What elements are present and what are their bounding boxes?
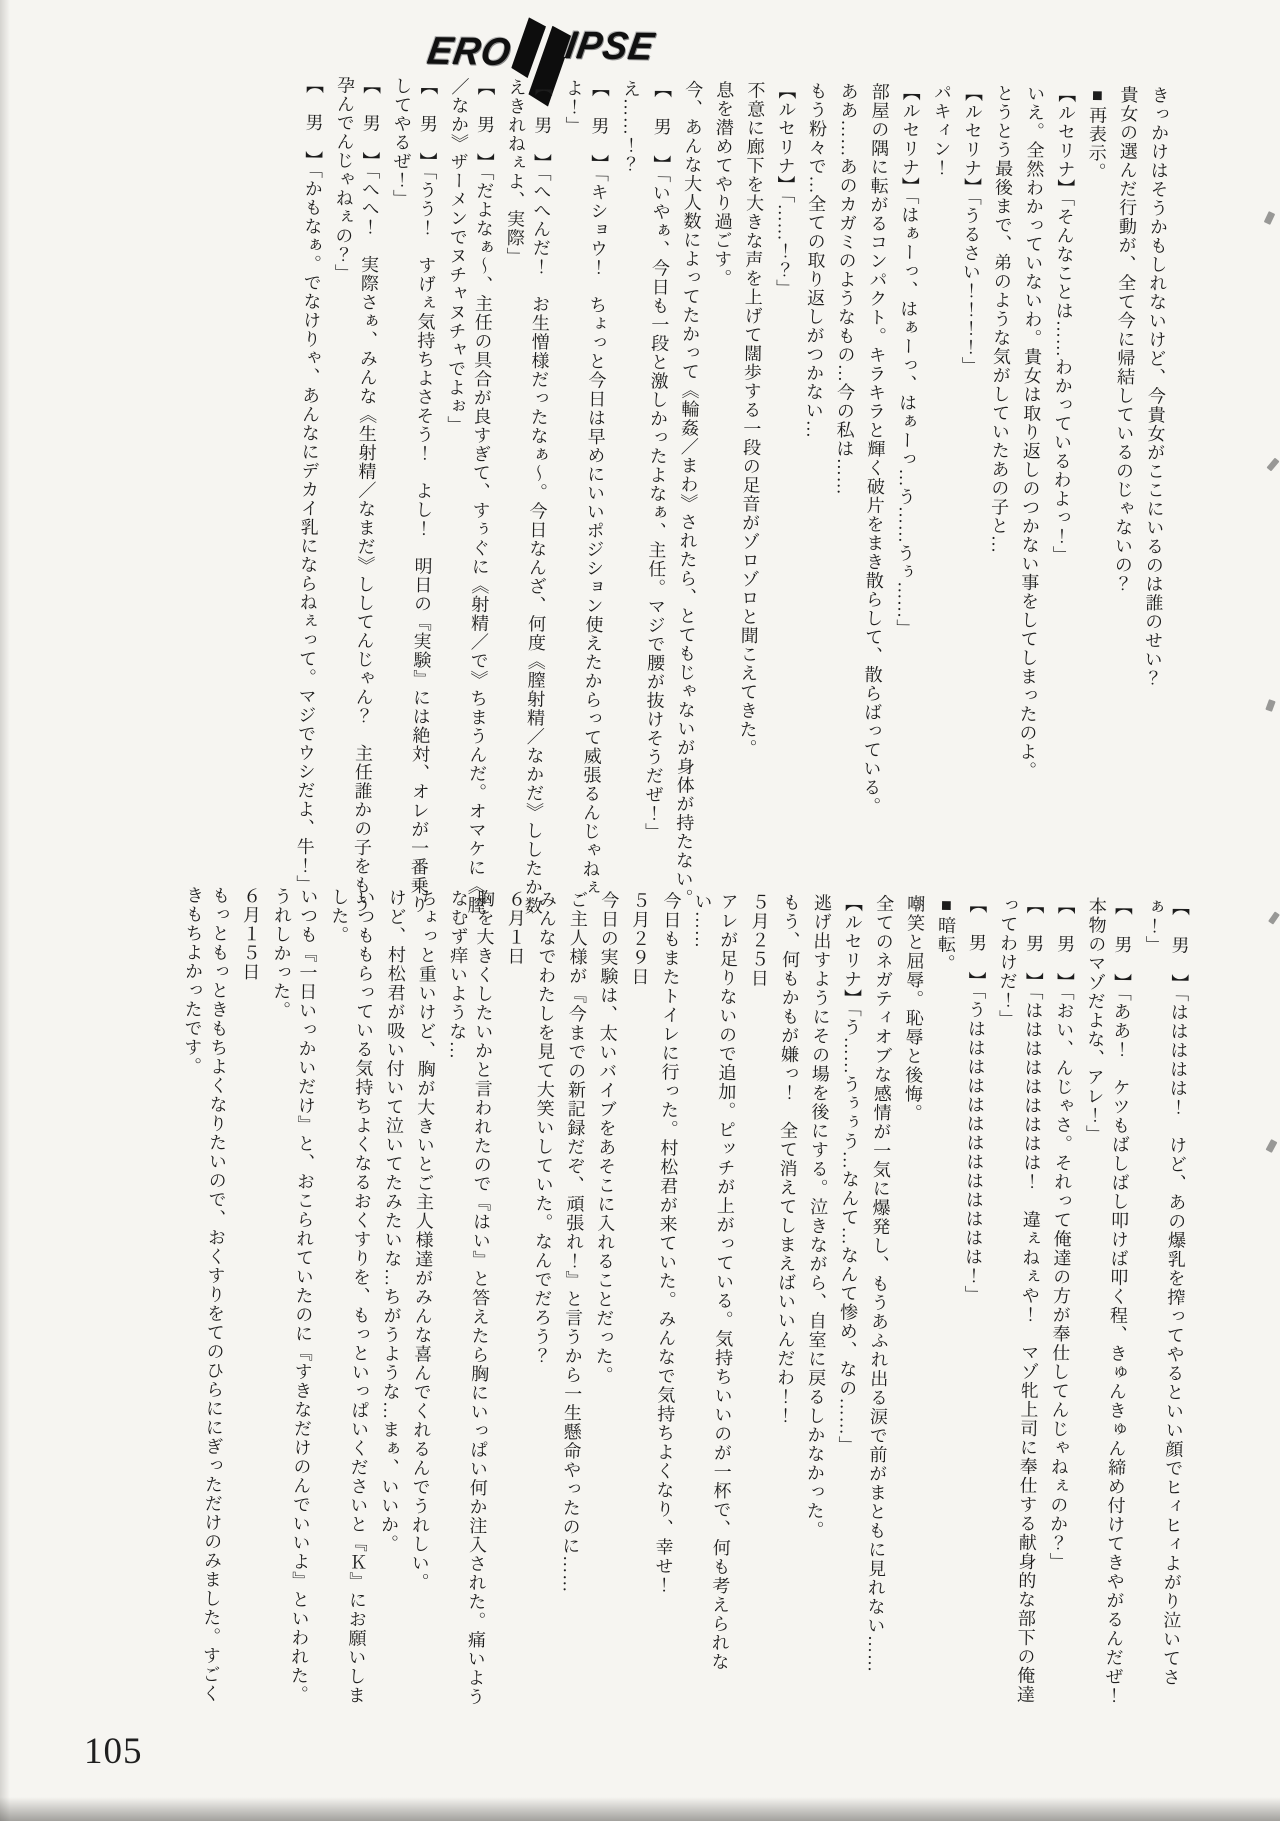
scan-speck bbox=[1267, 458, 1280, 472]
text-column-paragraph: 【ルセリナ】「……！？」 bbox=[763, 81, 799, 927]
text-column-paragraph: きっかけはそうかもしれないけど、今貴女がここにいるのは誰のせい？ bbox=[1137, 86, 1173, 932]
text-column-paragraph: 嘲笑と屈辱。恥辱と後悔。 bbox=[892, 894, 928, 1712]
text-column-paragraph: ああ……あのカガミのようなもの…今の私は…… bbox=[826, 82, 862, 928]
text-column-paragraph: もう粉々で…全ての取り返しがつかない… bbox=[795, 81, 831, 927]
text-column-paragraph: もう、何もかもが嫌っ！ 全て消えてしまえばいいんだわ！！ bbox=[768, 893, 804, 1711]
text-column-paragraph: 【 男 】「キショウ！ ちょっと今日は早めにいいポジション使えたからって威張るん… bbox=[551, 78, 614, 925]
logo-text-ipse: IPSE bbox=[563, 26, 657, 66]
scan-edge-shadow bbox=[0, 0, 10, 1821]
text-column-paragraph: ■再表示。 bbox=[1074, 85, 1110, 931]
text-column-paragraph: 【 男 】「うははははははははははははは！」 bbox=[954, 895, 990, 1713]
text-tier-top: きっかけはそうかもしれないけど、今貴女がここにいるのは誰のせい？貴女の選んだ行動… bbox=[286, 75, 1178, 932]
text-column-paragraph: ５月２５日 bbox=[737, 892, 773, 1710]
text-column-paragraph: いつも『一日いっかいだけ』と、おこられていたのに『すきなだけのんでいいよ』といわ… bbox=[259, 887, 321, 1706]
text-column-paragraph: 【ルセリナ】「はぁーっ、はぁーっ、はぁーっ…う……うぅ……」 bbox=[888, 83, 924, 929]
text-column-paragraph: 【 男 】「ははははは！ けど、あの爆乳を搾ってやるといい顔でヒィヒィよがり泣い… bbox=[1131, 897, 1193, 1716]
scan-speck bbox=[1266, 1139, 1278, 1153]
text-column-paragraph: え……！？ bbox=[608, 79, 644, 925]
text-column-paragraph: ■暗転。 bbox=[923, 895, 959, 1713]
scan-speck bbox=[1264, 211, 1275, 225]
text-column-paragraph: 【 男 】「うう！ すげぇ気持ちよさそう！ よし！ 明日の『実験』には絶対、オレ… bbox=[379, 76, 442, 923]
text-column-paragraph: 今日の実験は、太いバイブをあそこに入れることだった。 bbox=[586, 891, 622, 1709]
text-column-paragraph: 【ルセリナ】「うるさい！！！！」 bbox=[950, 83, 986, 929]
text-column-paragraph: とうとう最後まで、弟のような気がしていたあの子と… bbox=[981, 84, 1017, 930]
page-number: 105 bbox=[84, 1730, 143, 1773]
text-column-paragraph: いつももらっている気持ちよくなるおくすりを、もっといっぱいくださいと『Ｋ』にお願… bbox=[316, 887, 378, 1706]
scan-speck bbox=[1265, 699, 1275, 712]
text-column-paragraph: もっともっときもちよくなりたいので、おくすりをてのひらににぎっただけのみました。… bbox=[171, 886, 233, 1705]
text-column-paragraph: ６月１日 bbox=[493, 890, 529, 1708]
text-column-paragraph: 【ルセリナ】「う……うぅぅう…なんて…なんて惨め、なの……」 bbox=[830, 894, 866, 1712]
text-column-paragraph: 【 男 】「だよなぁ～、主任の具合が良すぎて、すぅぐに《射精／で》ちまうんだ。オ… bbox=[436, 77, 499, 924]
text-column-paragraph: パキィン！ bbox=[919, 83, 955, 929]
text-column-paragraph: 【ルセリナ】「そんなことは……わかっているわよっ！」 bbox=[1043, 84, 1079, 930]
text-column-paragraph: みんなでわたしを見て大笑いしていた。なんでだろう？ bbox=[524, 890, 560, 1708]
text-column-paragraph: アレが足りないので追加。ピッチが上がっている。気持ちいいのが一杯で、何も考えられ… bbox=[679, 892, 741, 1711]
text-column-paragraph: 【 男 】「いやぁ、今日も一段と激しかったよなぁ、主任。マジで腰が抜けそうだぜ！… bbox=[639, 80, 675, 926]
text-column-paragraph: 【 男 】「かもなぁ。でなけりゃ、あんなにデカイ乳にならねぇって。マジでウシだよ… bbox=[291, 75, 327, 921]
text-tier-bottom: 【 男 】「ははははは！ けど、あの爆乳を搾ってやるといい顔でヒィヒィよがり泣い… bbox=[166, 886, 1198, 1716]
scan-edge-shadow bbox=[0, 1797, 1280, 1821]
text-column-paragraph: ご主人様が『今までの新記録だぞ、頑張れ！』と言うから一生懸命やったのに…… bbox=[555, 890, 591, 1708]
text-column-paragraph: 【 男 】「へへ！ 実際さぁ、みんな《生射精／なまだ》ししてんじゃん？ 主任誰か… bbox=[322, 76, 385, 923]
text-column-paragraph: 今日もまたトイレに行った。村松君が来ていた。みんなで気持ちよくなり、幸せ！ bbox=[648, 891, 684, 1709]
text-column-paragraph: けど、村松君が吸い付いて泣いてたみたいな…ちがうような…まぁ、いいか。 bbox=[374, 888, 410, 1706]
logo-text-ero: ERO bbox=[425, 31, 514, 71]
text-column-paragraph: 【 男 】「ああ！ ケツもばしばし叩けば叩く程、きゅんきゅん締め付けてきやがるん… bbox=[1074, 897, 1136, 1716]
text-column-paragraph: ５月２９日 bbox=[617, 891, 653, 1709]
text-column-paragraph: 息を潜めてやり過ごす。 bbox=[701, 80, 737, 926]
text-column-paragraph: 【 男 】「ははははははははは！ 違ぇねぇや！ マゾ牝上司に奉仕する献身的な部下… bbox=[985, 896, 1047, 1715]
text-column-paragraph: 部屋の隅に転がるコンパクト。キラキラと輝く破片をまき散らして、散らばっている。 bbox=[857, 82, 893, 928]
text-column-paragraph: 不意に廊下を大きな声を上げて闊歩する一段の足音がゾロゾロと聞こえてきた。 bbox=[732, 81, 768, 927]
text-column-paragraph: いえ。全然わかっていないわ。貴女は取り返しのつかない事をしてしまったのよ。 bbox=[1012, 84, 1048, 930]
scanned-page: ERO IPSE きっかけはそうかもしれないけど、今貴女がここにいるのは誰のせい… bbox=[0, 0, 1280, 1821]
text-column-paragraph: 【 男 】「へへんだ！ お生憎様だったなぁ～。今日なんざ、何度《膣射精／なかだ》… bbox=[494, 78, 557, 925]
text-column-paragraph: 逃げ出すようにその場を後にする。泣きながら、自室に戻るしかなかった。 bbox=[799, 893, 835, 1711]
text-column-paragraph: 今、あんな大人数によってたかって《輪姦／まわ》されたら、とてもじゃないが身体が持… bbox=[670, 80, 706, 926]
text-column-paragraph: 胸を大きくしたいかと言われたので『はい』と答えたら胸にいっぱい何か注入された。痛… bbox=[436, 889, 498, 1708]
text-column-paragraph: 全てのネガティオブな感情が一気に爆発し、もうあふれ出る涙で前がまともに見れない…… bbox=[861, 894, 897, 1712]
text-column-paragraph: 貴女の選んだ行動が、全て今に帰結しているのじゃないの？ bbox=[1105, 85, 1141, 931]
text-column-paragraph: ちょっと重いけど、胸が大きいとご主人様達がみんな喜んでくれるんでうれしい。 bbox=[405, 888, 441, 1706]
text-column-paragraph: ６月１５日 bbox=[228, 886, 264, 1704]
scan-speck bbox=[1268, 911, 1280, 924]
text-column-paragraph: 【 男 】「おい、んじゃさ。それって俺達の方が奉仕してんじゃねぇのか？」 bbox=[1043, 896, 1079, 1714]
